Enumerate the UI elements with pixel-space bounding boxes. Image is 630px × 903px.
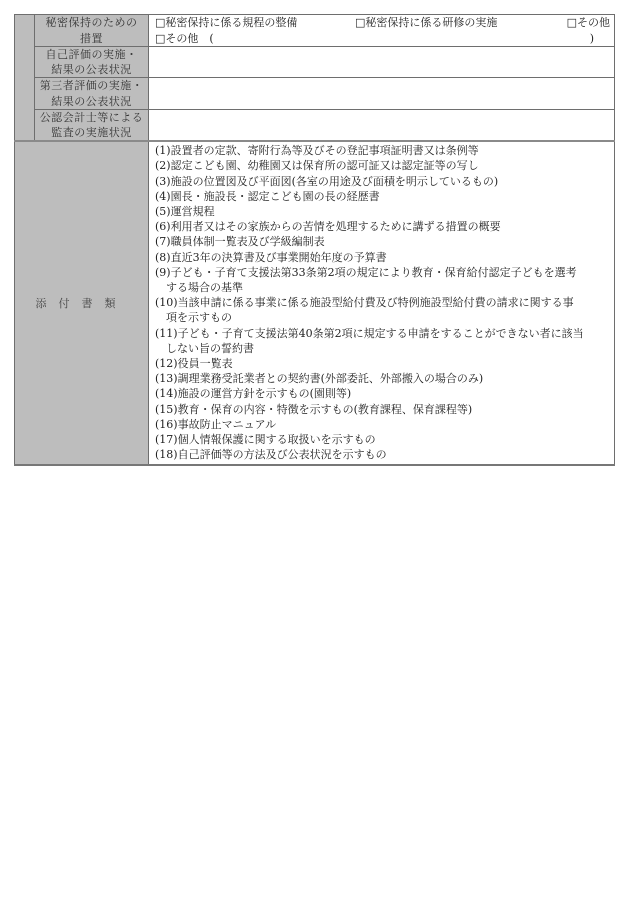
attachment-item-text: (16)事故防止マニュアル: [155, 418, 276, 431]
attachment-item: (12)役員一覧表: [155, 356, 610, 371]
self-evaluation-row: 自己評価の実施・ 結果の公表状況: [15, 47, 615, 78]
attachments-row: 添付書類 (1)設置者の定款、寄附行為等及びその登記事項証明書又は条例等(2)認…: [15, 141, 615, 465]
confidentiality-row: 秘密保持のための 措置 □秘密保持に係る規程の整備 □秘密保持に係る研修の実施 …: [15, 15, 615, 47]
group-header-cell: [15, 15, 35, 142]
label-line: 監査の実施状況: [35, 125, 148, 140]
attachment-item-text: (9)子ども・子育て支援法第33条第2項の規定により教育・保育給付認定子どもを選…: [155, 266, 577, 279]
attachment-item: (3)施設の位置図及び平面図(各室の用途及び面積を明示しているもの): [155, 174, 610, 189]
attachment-item-text: (4)園長・施設長・認定こども園の長の経歴書: [155, 190, 380, 203]
label-line: 第三者評価の実施・: [35, 78, 148, 93]
attachment-item: (16)事故防止マニュアル: [155, 417, 610, 432]
attachment-item-text: (3)施設の位置図及び平面図(各室の用途及び面積を明示しているもの): [155, 175, 498, 188]
attachment-item-text: (5)運営規程: [155, 205, 215, 218]
third-party-evaluation-row: 第三者評価の実施・ 結果の公表状況: [15, 78, 615, 109]
attachment-item-text: (14)施設の運営方針を示すもの(園則等): [155, 387, 351, 400]
attachment-item: (17)個人情報保護に関する取扱いを示すもの: [155, 432, 610, 447]
attachment-item: (13)調理業務受託業者との契約書(外部委託、外部搬入の場合のみ): [155, 371, 610, 386]
third-party-evaluation-label: 第三者評価の実施・ 結果の公表状況: [35, 78, 149, 109]
attachment-item: (15)教育・保育の内容・特徴を示すもの(教育課程、保育課程等): [155, 402, 610, 417]
attachment-item: (9)子ども・子育て支援法第33条第2項の規定により教育・保育給付認定子どもを選…: [155, 265, 610, 295]
attachment-item: (1)設置者の定款、寄附行為等及びその登記事項証明書又は条例等: [155, 143, 610, 158]
checkbox-other-2[interactable]: □その他 (: [155, 31, 590, 46]
label-line: 措置: [35, 31, 148, 46]
attachment-item: (6)利用者又はその家族からの苦情を処理するために講ずる措置の概要: [155, 219, 610, 234]
attachment-item: (5)運営規程: [155, 204, 610, 219]
label-line: 結果の公表状況: [35, 62, 148, 77]
attachment-item-text: (12)役員一覧表: [155, 357, 233, 370]
attachment-item: (10)当該申請に係る事業に係る施設型給付費及び特例施設型給付費の請求に関する事…: [155, 295, 610, 325]
attachment-item-text: (10)当該申請に係る事業に係る施設型給付費及び特例施設型給付費の請求に関する事: [155, 296, 574, 309]
label-line: 結果の公表状況: [35, 94, 148, 109]
attachment-item-continuation: する場合の基準: [155, 280, 610, 295]
label-line: 自己評価の実施・: [35, 47, 148, 62]
attachment-item: (8)直近3年の決算書及び事業開始年度の予算書: [155, 250, 610, 265]
attachment-item: (11)子ども・子育て支援法第40条第2項に規定する申請をすることができない者に…: [155, 326, 610, 356]
attachment-item-text: (17)個人情報保護に関する取扱いを示すもの: [155, 433, 376, 446]
attachment-item-text: (11)子ども・子育て支援法第40条第2項に規定する申請をすることができない者に…: [155, 327, 584, 340]
attachment-item-text: (7)職員体制一覧表及び学級編制表: [155, 235, 325, 248]
attachment-item-text: (6)利用者又はその家族からの苦情を処理するために講ずる措置の概要: [155, 220, 501, 233]
facility-application-form-table: 秘密保持のための 措置 □秘密保持に係る規程の整備 □秘密保持に係る研修の実施 …: [14, 14, 615, 466]
checkbox-other-1[interactable]: □その他: [555, 15, 610, 30]
checkbox-confidentiality-training[interactable]: □秘密保持に係る研修の実施: [355, 15, 555, 30]
confidentiality-label: 秘密保持のための 措置: [35, 15, 149, 47]
audit-field[interactable]: [149, 109, 615, 141]
label-line: 秘密保持のための: [35, 15, 148, 30]
audit-label: 公認会計士等による 監査の実施状況: [35, 109, 149, 141]
confidentiality-options: □秘密保持に係る規程の整備 □秘密保持に係る研修の実施 □その他 □その他 ( …: [149, 15, 615, 47]
attachment-item-text: (15)教育・保育の内容・特徴を示すもの(教育課程、保育課程等): [155, 403, 472, 416]
attachment-item: (14)施設の運営方針を示すもの(園則等): [155, 386, 610, 401]
attachment-item-text: (2)認定こども園、幼稚園又は保育所の認可証又は認定証等の写し: [155, 159, 479, 172]
attachment-item: (18)自己評価等の方法及び公表状況を示すもの: [155, 447, 610, 462]
self-evaluation-label: 自己評価の実施・ 結果の公表状況: [35, 47, 149, 78]
attachment-item: (4)園長・施設長・認定こども園の長の経歴書: [155, 189, 610, 204]
attachment-item-text: (13)調理業務受託業者との契約書(外部委託、外部搬入の場合のみ): [155, 372, 483, 385]
attachment-item: (2)認定こども園、幼稚園又は保育所の認可証又は認定証等の写し: [155, 158, 610, 173]
attachment-item: (7)職員体制一覧表及び学級編制表: [155, 234, 610, 249]
other-close-paren: ): [590, 31, 610, 46]
attachments-list: (1)設置者の定款、寄附行為等及びその登記事項証明書又は条例等(2)認定こども園…: [149, 141, 615, 465]
third-party-evaluation-field[interactable]: [149, 78, 615, 109]
attachments-label: 添付書類: [15, 141, 149, 465]
attachment-item-continuation: 項を示すもの: [155, 310, 610, 325]
checkbox-confidentiality-rules[interactable]: □秘密保持に係る規程の整備: [155, 15, 355, 30]
audit-row: 公認会計士等による 監査の実施状況: [15, 109, 615, 141]
self-evaluation-field[interactable]: [149, 47, 615, 78]
attachment-item-continuation: しない旨の誓約書: [155, 341, 610, 356]
attachment-item-text: (8)直近3年の決算書及び事業開始年度の予算書: [155, 251, 387, 264]
label-line: 公認会計士等による: [35, 110, 148, 125]
attachment-item-text: (1)設置者の定款、寄附行為等及びその登記事項証明書又は条例等: [155, 144, 479, 157]
attachment-item-text: (18)自己評価等の方法及び公表状況を示すもの: [155, 448, 387, 461]
